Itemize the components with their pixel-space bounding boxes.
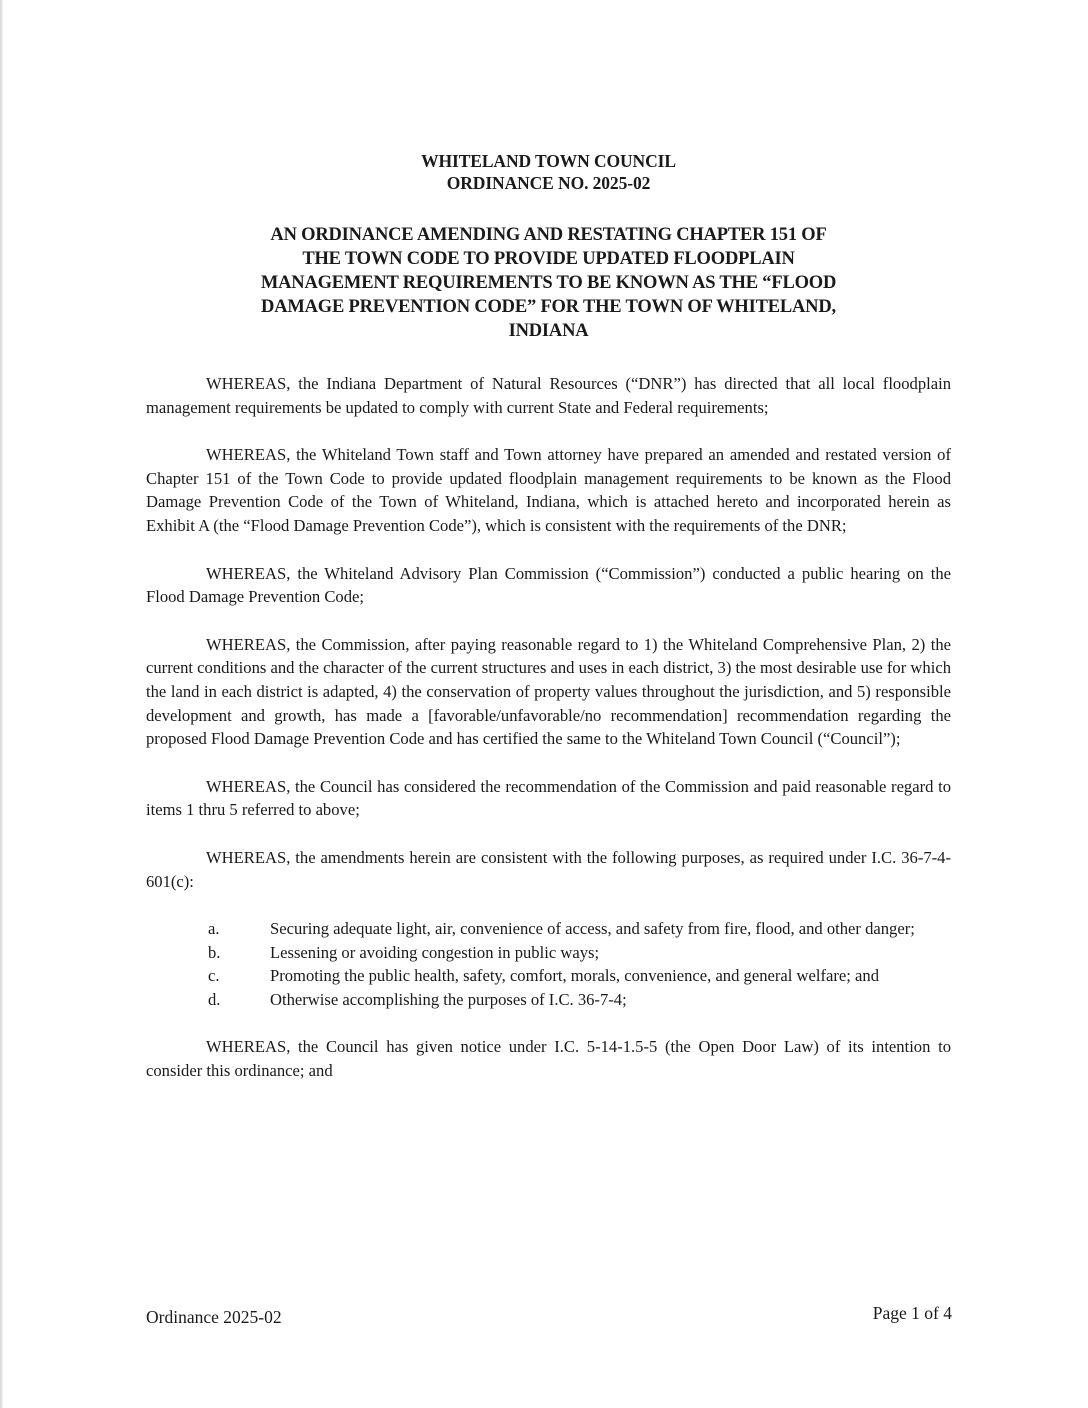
page-footer: Ordinance 2025-02 Page 1 of 4 (146, 1306, 952, 1328)
recital-dnr-directive: WHEREAS, the Indiana Department of Natur… (146, 372, 951, 419)
list-item: a. Securing adequate light, air, conveni… (146, 917, 951, 941)
purposes-list: a. Securing adequate light, air, conveni… (146, 917, 951, 1011)
list-marker: c. (208, 964, 220, 988)
list-marker: d. (208, 988, 220, 1012)
list-item-text: Otherwise accomplishing the purposes of … (270, 990, 627, 1009)
title-line: INDIANA (186, 319, 911, 343)
recital-purposes-intro: WHEREAS, the amendments herein are consi… (146, 846, 951, 893)
list-item: d. Otherwise accomplishing the purposes … (146, 988, 951, 1012)
scan-edge (0, 0, 3, 1408)
list-marker: b. (208, 941, 220, 965)
list-item-text: Securing adequate light, air, convenienc… (270, 919, 915, 938)
recital-open-door-notice: WHEREAS, the Council has given notice un… (146, 1035, 951, 1082)
title-line: MANAGEMENT REQUIREMENTS TO BE KNOWN AS T… (186, 271, 911, 295)
recital-council-considered: WHEREAS, the Council has considered the … (146, 775, 951, 822)
recital-commission-recommendation: WHEREAS, the Commission, after paying re… (146, 633, 951, 751)
footer-ordinance-label: Ordinance 2025-02 (146, 1306, 282, 1328)
recital-staff-prepared: WHEREAS, the Whiteland Town staff and To… (146, 443, 951, 537)
council-name: WHITELAND TOWN COUNCIL (146, 150, 951, 172)
list-item: b. Lessening or avoiding congestion in p… (146, 941, 951, 965)
list-item-text: Promoting the public health, safety, com… (270, 966, 879, 985)
list-marker: a. (208, 917, 220, 941)
title-line: THE TOWN CODE TO PROVIDE UPDATED FLOODPL… (186, 247, 911, 271)
page-number: Page 1 of 4 (873, 1302, 952, 1328)
ordinance-number: ORDINANCE NO. 2025-02 (146, 172, 951, 194)
title-line: AN ORDINANCE AMENDING AND RESTATING CHAP… (186, 223, 911, 247)
list-item-text: Lessening or avoiding congestion in publ… (270, 943, 599, 962)
recital-public-hearing: WHEREAS, the Whiteland Advisory Plan Com… (146, 562, 951, 609)
document-page: WHITELAND TOWN COUNCIL ORDINANCE NO. 202… (146, 150, 951, 1107)
ordinance-title: AN ORDINANCE AMENDING AND RESTATING CHAP… (146, 223, 951, 343)
title-line: DAMAGE PREVENTION CODE” FOR THE TOWN OF … (186, 295, 911, 319)
list-item: c. Promoting the public health, safety, … (146, 964, 951, 988)
document-heading: WHITELAND TOWN COUNCIL ORDINANCE NO. 202… (146, 150, 951, 194)
recitals: WHEREAS, the Indiana Department of Natur… (146, 372, 951, 1083)
